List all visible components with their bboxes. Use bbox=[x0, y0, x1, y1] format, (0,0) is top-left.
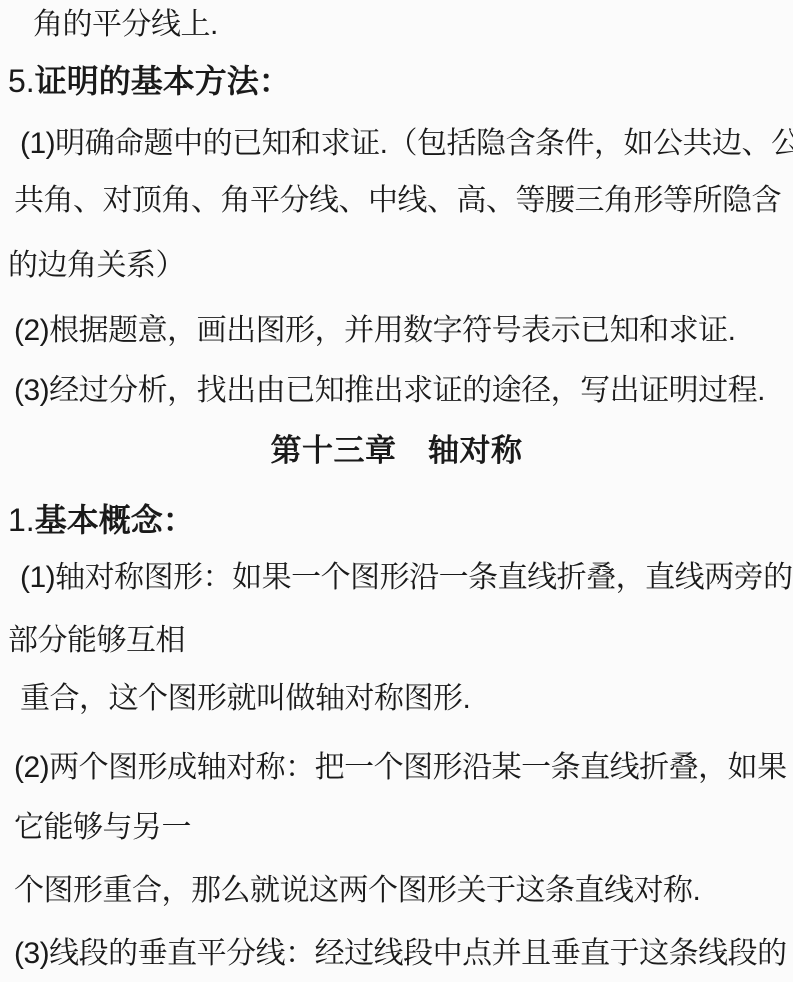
section-number: 5. bbox=[8, 63, 35, 99]
text-line: (3)经过分析，找出由已知推出求证的途径，写出证明过程. bbox=[14, 374, 765, 407]
document-page: 角的平分线上. 5.证明的基本方法： (1)明确命题中的已知和求证.（包括隐含条… bbox=[0, 0, 793, 982]
text-line: 它能够与另一 bbox=[14, 811, 191, 844]
continuation-line: 角的平分线上. bbox=[33, 8, 218, 41]
chapter-title: 第十三章 轴对称 bbox=[0, 434, 793, 468]
text-line: (1)明确命题中的已知和求证.（包括隐含条件，如公共边、公 bbox=[20, 127, 793, 160]
text-line: 的边角关系） bbox=[8, 249, 185, 282]
section-number: 1. bbox=[8, 502, 35, 538]
text-line: (1)轴对称图形：如果一个图形沿一条直线折叠，直线两旁的 bbox=[20, 561, 793, 594]
text-line: (3)线段的垂直平分线：经过线段中点并且垂直于这条线段的 bbox=[14, 937, 787, 970]
text-line: 部分能够互相 bbox=[8, 624, 185, 657]
text-line: (2)根据题意，画出图形，并用数字符号表示已知和求证. bbox=[14, 314, 736, 347]
text-line: 个图形重合，那么就说这两个图形关于这条直线对称. bbox=[14, 874, 700, 907]
text-line: 共角、对顶角、角平分线、中线、高、等腰三角形等所隐含 bbox=[14, 184, 781, 217]
section-title: 基本概念： bbox=[35, 502, 195, 538]
text-line: 重合，这个图形就叫做轴对称图形. bbox=[20, 682, 470, 715]
section-title: 证明的基本方法： bbox=[35, 63, 291, 99]
section-heading-basic-concepts: 1.基本概念： bbox=[8, 503, 195, 538]
text-line: (2)两个图形成轴对称：把一个图形沿某一条直线折叠，如果 bbox=[14, 751, 787, 784]
section-heading-proof-methods: 5.证明的基本方法： bbox=[8, 64, 291, 99]
